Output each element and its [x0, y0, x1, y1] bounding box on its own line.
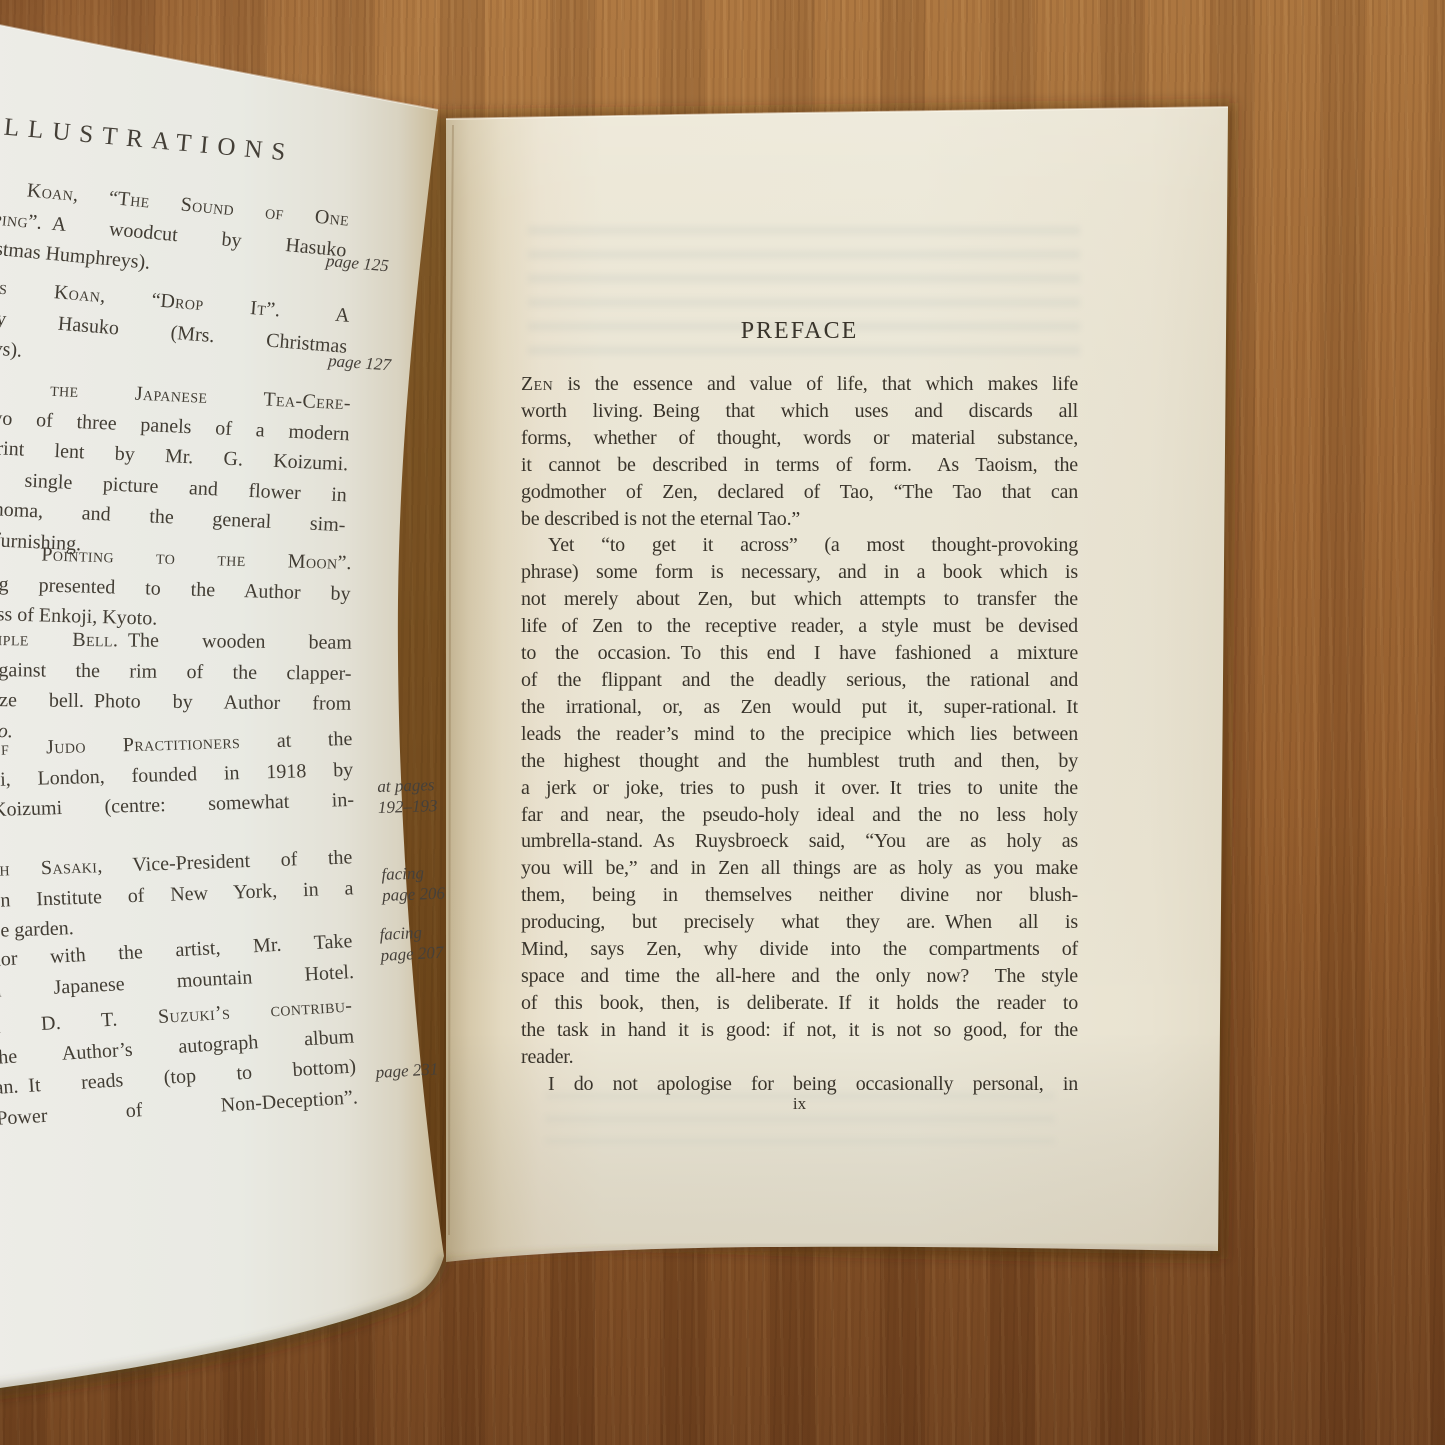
text-line: page 231 [375, 1058, 439, 1083]
text-line: mple Bell. The wooden beam [0, 624, 352, 658]
text-line: forms, whether of thought, words or mate… [521, 425, 1078, 452]
text-line: of the flippant and the deadly serious, … [521, 667, 1078, 694]
text-line: leads the reader’s mind to the precipice… [521, 721, 1078, 748]
page-ref-note: facingpage 206 [381, 862, 445, 906]
text-line: the task in hand it is good: if not, it … [521, 1017, 1078, 1044]
page-number: ix [521, 1094, 1078, 1114]
text-line: the highest thought and the humblest tru… [521, 748, 1078, 775]
text-line: producing, but precisely what they are. … [521, 909, 1078, 936]
preface-title: PREFACE [521, 318, 1078, 345]
page-ref-note: at pages192–193 [377, 774, 438, 818]
text-line: facing [381, 862, 445, 885]
text-line: reader. [521, 1044, 1078, 1071]
text-line: to the occasion. To this end I have fash… [521, 640, 1078, 667]
preface-paragraph: Yet “to get it across” (a most thought-p… [521, 532, 1078, 1070]
preface-paragraph: Zen is the essence and value of life, th… [521, 371, 1078, 532]
text-line: against the rim of the clapper- [0, 654, 352, 688]
text-line: page 206 [382, 883, 446, 906]
text-line: of this book, then, is deliberate. If it… [521, 990, 1078, 1017]
text-line: be described is not the eternal Tao.” [521, 506, 1078, 533]
page-ref-note: facingpage 207 [379, 921, 444, 966]
page-ref-note: page 127 [327, 350, 391, 376]
text-line: a jerk or joke, tries to push it over. I… [521, 775, 1078, 802]
text-line: not merely about Zen, but which attempts… [521, 586, 1078, 613]
text-line: Mind, says Zen, why divide into the comp… [521, 936, 1078, 963]
text-line: far and near, the pseudo-holy ideal and … [521, 802, 1078, 829]
text-line: it cannot be described in terms of form.… [521, 452, 1078, 479]
text-line: godmother of Zen, declared of Tao, “The … [521, 479, 1078, 506]
text-line: Yet “to get it across” (a most thought-p… [521, 532, 1078, 559]
preface-body: Zen is the essence and value of life, th… [521, 371, 1078, 1097]
page-ref-note: page 231 [375, 1058, 439, 1083]
text-line: you will be,” and in Zen all things are … [521, 855, 1078, 882]
text-line: Zen is the essence and value of life, th… [521, 371, 1078, 398]
illustration-entry: r D. T. Suzuki’s contribu-the Author’s a… [0, 991, 359, 1134]
illustration-entry: of Judo Practitioners at theai, London, … [0, 724, 354, 826]
text-line: them, being in themselves neither divine… [521, 882, 1078, 909]
text-line: umbrella-stand. As Ruysbroeck said, “You… [521, 828, 1078, 855]
text-line: the irrational, or, as Zen would put it,… [521, 694, 1078, 721]
text-line: 192–193 [378, 795, 438, 818]
photo-open-book: ILLUSTRATIONS s Koan, “The Sound of Onep… [0, 0, 1445, 1445]
text-line: worth living. Being that which uses and … [521, 398, 1078, 425]
text-line: nze bell. Photo by Author from [0, 685, 351, 719]
text-line: page 207 [380, 942, 444, 966]
text-line: phrase) some form is necessary, and in a… [521, 559, 1078, 586]
text-line: page 127 [327, 350, 391, 376]
text-line: space and time the all-here and the only… [521, 963, 1078, 990]
text-line: at pages [377, 774, 437, 797]
text-line: life of Zen to the receptive reader, a s… [521, 613, 1078, 640]
